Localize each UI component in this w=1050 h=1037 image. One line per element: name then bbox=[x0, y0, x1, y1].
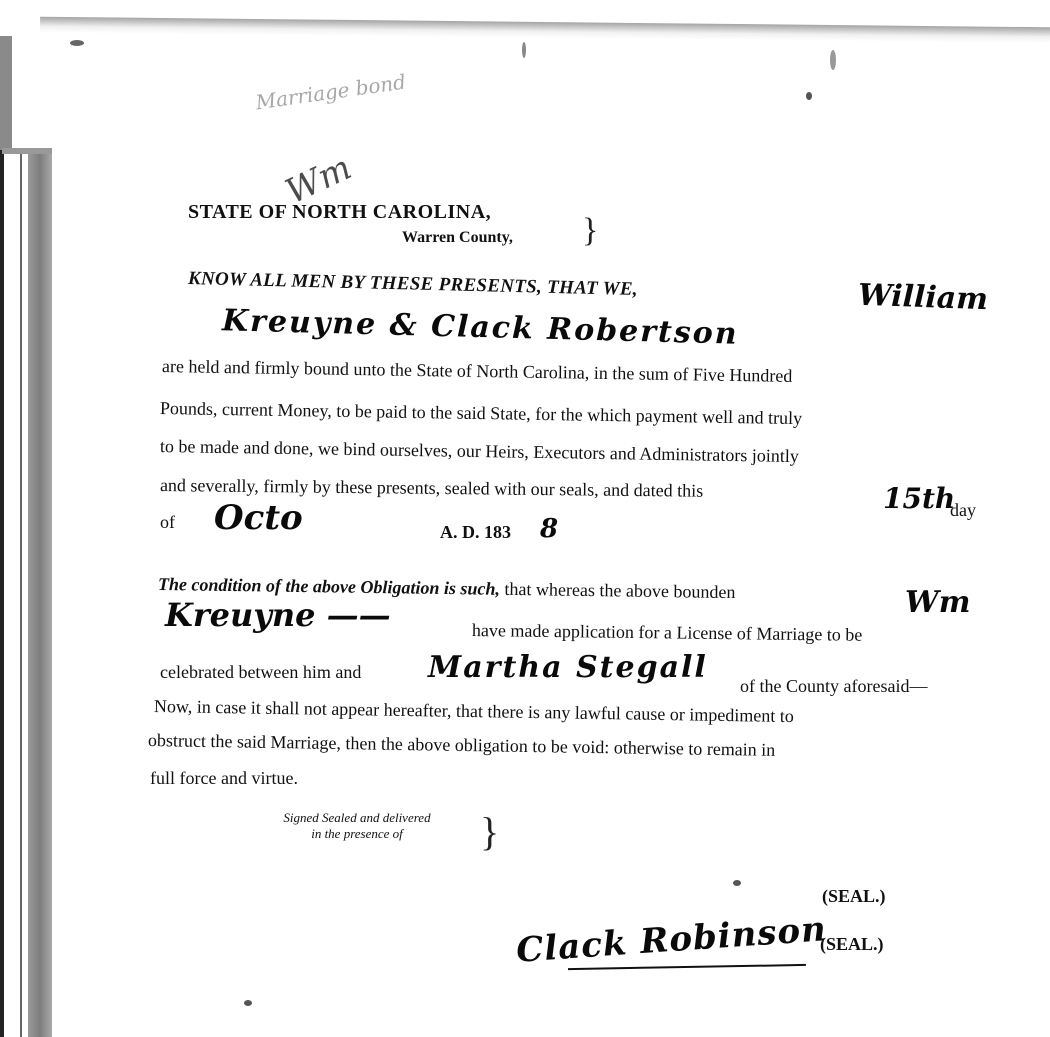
header-brace: } bbox=[582, 212, 598, 250]
scan-binding-top bbox=[2, 148, 52, 154]
handwritten-obligor-names: Kreuyne & Clack Robertson bbox=[222, 303, 739, 352]
body-line-1: are held and firmly bound unto the State… bbox=[162, 356, 793, 387]
handwritten-bride-name: Martha Stegall bbox=[428, 650, 708, 685]
scan-speck bbox=[522, 42, 526, 58]
condition-intro-rest: that whereas the above bounden bbox=[504, 579, 735, 602]
scan-top-edge-shadow bbox=[40, 17, 1050, 44]
body-line-2: Pounds, current Money, to be paid to the… bbox=[160, 398, 802, 429]
condition-line-3-suffix: of the County aforesaid— bbox=[740, 676, 927, 697]
seal-2: (SEAL.) bbox=[820, 934, 884, 955]
handwritten-obligor-first-name: William bbox=[857, 278, 988, 318]
scan-speck bbox=[733, 880, 741, 886]
condition-line-5: obstruct the said Marriage, then the abo… bbox=[148, 730, 776, 761]
condition-line-6: full force and virtue. bbox=[150, 768, 298, 789]
scan-speck bbox=[806, 92, 812, 100]
year-printed: A. D. 183 bbox=[440, 522, 511, 543]
scan-speck bbox=[244, 1000, 252, 1006]
handwritten-day: 15th bbox=[883, 482, 955, 515]
handwritten-bounden-abbrev: Wm bbox=[905, 585, 970, 620]
scan-binding-shadow bbox=[28, 150, 52, 1037]
scan-speck bbox=[830, 50, 836, 70]
seal-1: (SEAL.) bbox=[822, 886, 886, 907]
handwritten-bounden-surname: Kreuyne —— bbox=[165, 596, 391, 634]
witness-line-1: Signed Sealed and delivered bbox=[252, 810, 462, 826]
body-line-3: to be made and done, we bind ourselves, … bbox=[160, 436, 799, 467]
heading-state: STATE OF NORTH CAROLINA, bbox=[188, 201, 491, 224]
signature-clack-robinson: Clack Robinson bbox=[515, 909, 828, 971]
handwritten-year-digit: 8 bbox=[540, 514, 558, 544]
heading-county: Warren County, bbox=[402, 229, 513, 247]
bleed-through-script: Marriage bond bbox=[254, 70, 407, 115]
witness-line-2: in the presence of bbox=[252, 826, 462, 842]
scan-speck bbox=[70, 40, 84, 46]
of-label: of bbox=[160, 512, 175, 533]
scan-left-edge-top bbox=[0, 36, 12, 150]
scan-left-rule bbox=[20, 150, 22, 1037]
preamble-printed: KNOW ALL MEN BY THESE PRESENTS, THAT WE, bbox=[188, 268, 638, 301]
witness-brace: } bbox=[480, 808, 499, 855]
condition-line-4: Now, in case it shall not appear hereaft… bbox=[154, 696, 794, 727]
handwritten-month: Octo bbox=[214, 498, 303, 538]
condition-line-3-prefix: celebrated between him and bbox=[160, 662, 361, 683]
condition-line-2: have made application for a License of M… bbox=[472, 620, 863, 646]
signature-underline bbox=[568, 964, 806, 970]
day-label: day bbox=[950, 500, 976, 521]
scan-left-margin bbox=[0, 150, 26, 1037]
